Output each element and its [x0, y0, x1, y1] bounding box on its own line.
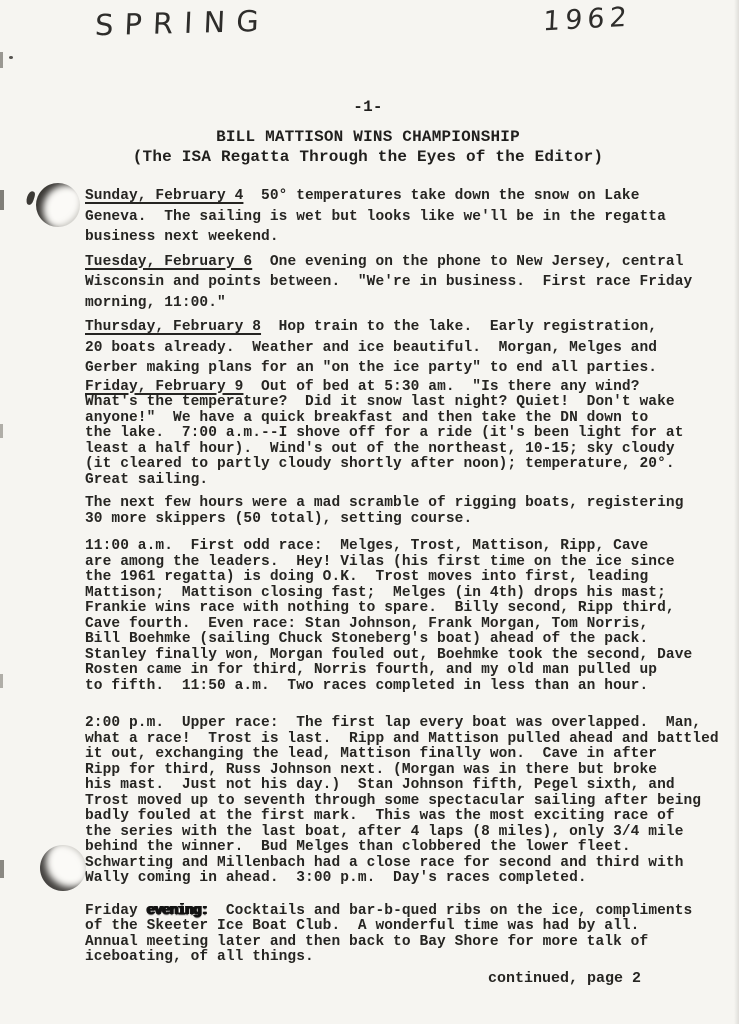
article-subtitle: (The ISA Regatta Through the Eyes of the…	[85, 149, 651, 165]
handwritten-season: SPRING	[94, 4, 270, 43]
paragraph-text: Out of bed at 5:30 am. "Is there any win…	[85, 379, 684, 488]
overtyped-word: evening:	[147, 903, 209, 919]
paragraph: 11:00 a.m. First odd race: Melges, Trost…	[85, 539, 725, 694]
punch-hole-top	[36, 183, 80, 227]
paragraph: Friday evening: Cocktails and bar-b-qued…	[85, 904, 725, 966]
scan-artifact	[0, 424, 3, 438]
paragraph: 2:00 p.m. Upper race: The first lap ever…	[85, 716, 725, 887]
continued-note: continued, page 2	[488, 970, 641, 987]
paragraph-text: Friday	[85, 903, 147, 919]
scan-artifact	[0, 860, 4, 878]
paragraph: Friday, February 9 Out of bed at 5:30 am…	[85, 380, 725, 489]
date-heading: Friday, February 9	[85, 379, 243, 395]
scan-artifact	[9, 56, 13, 59]
date-heading: Tuesday, February 6	[85, 254, 252, 270]
scan-artifact	[0, 674, 3, 688]
paragraph: Thursday, February 8 Hop train to the la…	[85, 317, 725, 379]
paragraph: Tuesday, February 6 One evening on the p…	[85, 252, 725, 314]
handwritten-year: 1962	[542, 2, 632, 38]
paragraph: The next few hours were a mad scramble o…	[85, 496, 725, 527]
punch-hole-bottom	[40, 845, 86, 891]
scan-artifact	[0, 52, 3, 68]
document-body: Sunday, February 4 50° temperatures take…	[85, 186, 725, 966]
scan-artifact	[734, 0, 739, 1024]
date-heading: Sunday, February 4	[85, 188, 243, 204]
document-header: -1- BILL MATTISON WINS CHAMPIONSHIP (The…	[85, 99, 651, 165]
date-heading: Thursday, February 8	[85, 319, 261, 335]
paragraph: Sunday, February 4 50° temperatures take…	[85, 186, 725, 248]
paragraph-text: 2:00 p.m. Upper race: The first lap ever…	[85, 715, 719, 886]
article-title: BILL MATTISON WINS CHAMPIONSHIP	[85, 129, 651, 145]
paragraph-text: 11:00 a.m. First odd race: Melges, Trost…	[85, 538, 692, 694]
page-number: -1-	[85, 99, 651, 115]
scan-artifact	[0, 190, 4, 210]
paragraph-text: The next few hours were a mad scramble o…	[85, 495, 684, 527]
scanned-document-page: SPRING 1962 -1- BILL MATTISON WINS CHAMP…	[0, 0, 739, 1024]
